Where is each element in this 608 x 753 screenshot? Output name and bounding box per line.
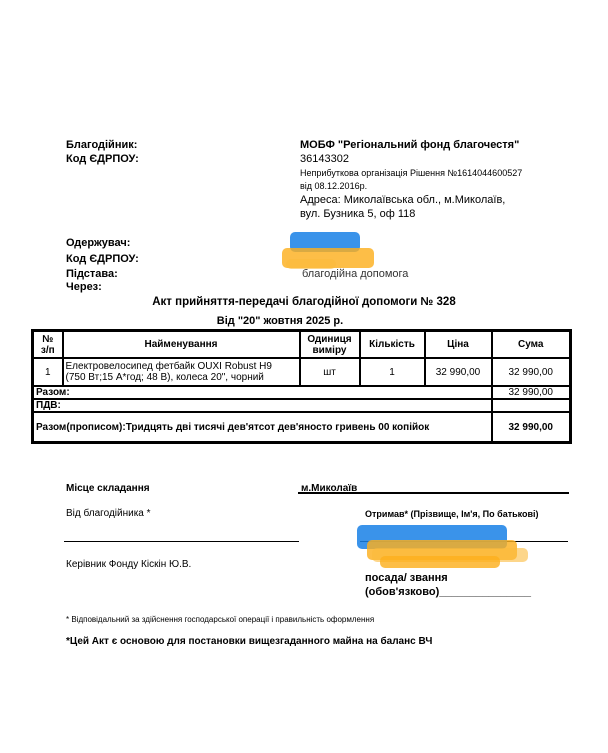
vat-value [492, 399, 571, 412]
nonprofit-line-1: Неприбуткова організація Рішення №161404… [300, 168, 522, 178]
row-no: 1 [33, 358, 63, 386]
vat-label: ПДВ: [33, 399, 492, 412]
donor-edrpou-label: Код ЄДРПОУ: [66, 153, 139, 165]
address-line-2: вул. Бузника 5, оф 118 [300, 208, 415, 220]
col-header-price: Ціна [425, 331, 492, 359]
donor-label: Благодійник: [66, 139, 137, 151]
total-row: Разом: 32 990,00 [33, 386, 571, 399]
col-header-sum: Сума [492, 331, 571, 359]
donor-edrpou: 36143302 [300, 153, 349, 165]
donor-name: МОБФ "Регіональний фонд благочестя" [300, 139, 519, 151]
from-donor-label: Від благодійника * [66, 508, 151, 519]
col-header-unit: Одиницявиміру [300, 331, 360, 359]
row-qty: 1 [360, 358, 425, 386]
received-label: Отримав* (Прізвище, Ім'я, По батькові) [365, 509, 539, 519]
basis-label: Підстава: [66, 268, 118, 280]
act-title: Акт прийняття-передачі благодійної допом… [0, 296, 608, 308]
position-label: посада/ звання [365, 572, 448, 584]
col-header-no: №з/п [33, 331, 63, 359]
total-label: Разом: [33, 386, 492, 399]
items-table: №з/п Найменування Одиницявиміру Кількіст… [31, 329, 572, 444]
place-label: Місце складання [66, 483, 150, 494]
total-in-words-row: Разом(прописом):Тридцять дві тисячі дев'… [33, 412, 571, 443]
place-underline [298, 492, 569, 494]
total-in-words-value: 32 990,00 [492, 412, 571, 443]
nonprofit-line-2: від 08.12.2016р. [300, 181, 367, 191]
table-header-row: №з/п Найменування Одиницявиміру Кількіст… [33, 331, 571, 359]
act-date: Від "20" жовтня 2025 р. [0, 315, 560, 327]
address-line-1: Адреса: Миколаївська обл., м.Миколаїв, [300, 194, 505, 206]
footnote-basis: *Цей Акт є основою для постановки вищезг… [66, 636, 432, 647]
position-required: (обов'язково)_______________ [365, 586, 531, 598]
row-name: Електровелосипед фетбайк OUXI Robust H9(… [63, 358, 300, 386]
col-header-qty: Кількість [360, 331, 425, 359]
row-unit: шт [300, 358, 360, 386]
table-row: 1 Електровелосипед фетбайк OUXI Robust H… [33, 358, 571, 386]
total-value: 32 990,00 [492, 386, 571, 399]
col-header-name: Найменування [63, 331, 300, 359]
director-name: Керівник Фонду Кіскін Ю.В. [66, 559, 191, 570]
footnote-responsible: * Відповідальний за здійснення господарс… [66, 615, 374, 624]
recipient-edrpou-label: Код ЄДРПОУ: [66, 253, 139, 265]
total-in-words: Разом(прописом):Тридцять дві тисячі дев'… [33, 412, 492, 443]
recipient-label: Одержувач: [66, 237, 130, 249]
donor-signature-line [64, 541, 299, 542]
row-price: 32 990,00 [425, 358, 492, 386]
row-sum: 32 990,00 [492, 358, 571, 386]
basis-value: благодійна допомога [302, 268, 408, 280]
via-label: Через: [66, 281, 102, 293]
vat-row: ПДВ: [33, 399, 571, 412]
